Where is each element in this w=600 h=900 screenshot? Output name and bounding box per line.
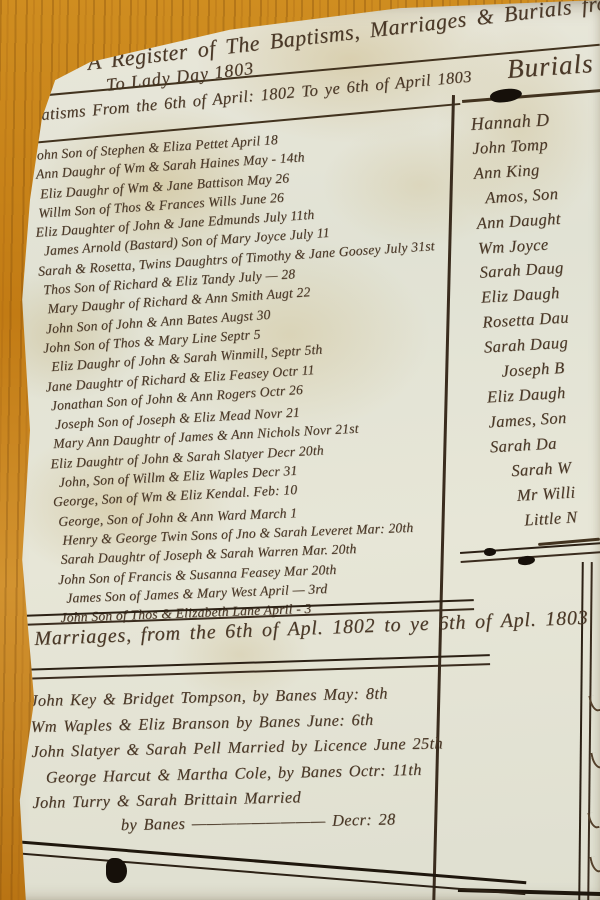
marriages-bottom-double-rule [13, 840, 526, 895]
ink-blot [489, 87, 522, 104]
register-page: A Register of The Baptisms, Marriages & … [0, 0, 600, 900]
burial-entry: James, Son [488, 405, 576, 435]
rule-under-burials-header [462, 89, 600, 102]
burial-entry: John Tomp [471, 132, 559, 162]
ink-blot [106, 858, 127, 883]
burial-entry: Ann Daught [476, 206, 564, 236]
rule-under-marriages-header [18, 654, 490, 680]
burials-section-header: Burials [506, 48, 594, 85]
ink-blot [518, 555, 536, 565]
burial-entry: Little N [524, 505, 582, 533]
marriages-list: John Key & Bridget Tompson, by Banes May… [30, 677, 553, 839]
cut-off-ink-stroke [589, 855, 600, 873]
burial-entry: Sarah W [511, 455, 579, 484]
ink-blot [484, 548, 496, 556]
cut-off-ink-stroke [590, 751, 600, 769]
burial-entry: Mr Willi [516, 480, 580, 509]
baptisms-list: John Son of Stephen & Eliza Pettet April… [30, 118, 500, 628]
photograph-of-register-on-wooden-table: A Register of The Baptisms, Marriages & … [0, 0, 600, 900]
